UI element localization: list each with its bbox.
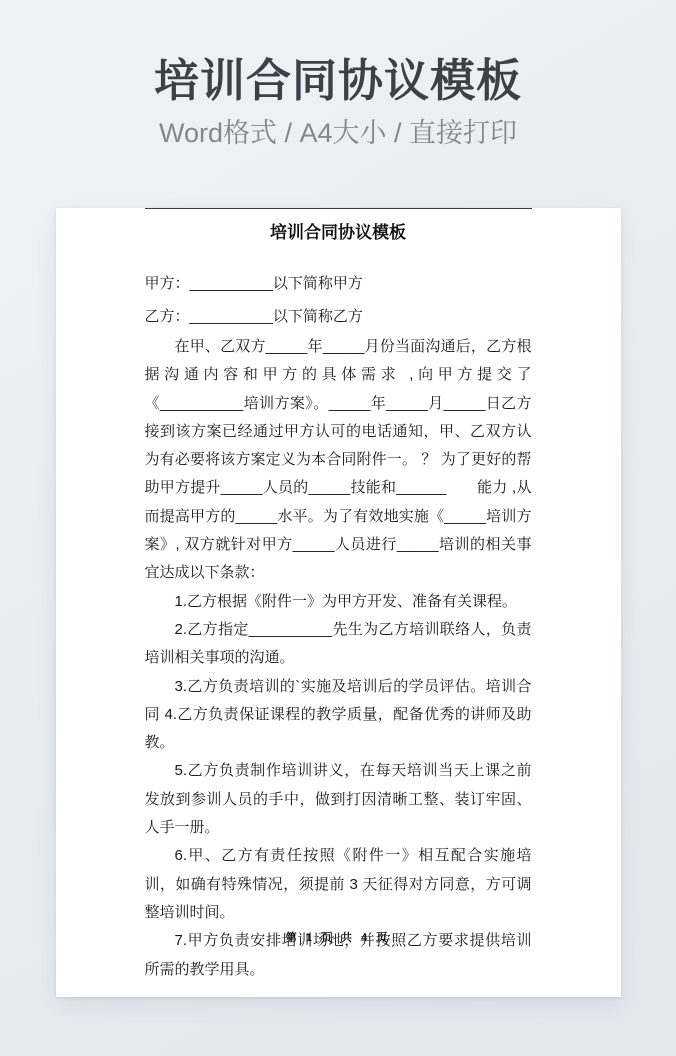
- contract-paragraph: 1.乙方根据《附件一》为甲方开发、准备有关课程。: [145, 588, 532, 616]
- contract-paragraph: 在甲、乙双方_____年_____月份当面沟通后，乙方根据沟通内容和甲方的具体需…: [145, 333, 532, 588]
- contract-paragraph: 2.乙方指定__________先生为乙方培训联络人，负责培训相关事项的沟通。: [145, 616, 532, 673]
- document-title: 培训合同协议模板: [145, 222, 532, 244]
- contract-body: 甲方：__________以下简称甲方乙方：__________以下简称乙方在甲…: [145, 267, 532, 984]
- banner-subtitle: Word格式 / A4大小 / 直接打印: [0, 117, 676, 149]
- contract-paragraph: 6.甲、乙方有责任按照《附件一》相互配合实施培训，如确有特殊情况，须提前 3 天…: [145, 842, 532, 927]
- header-divider-line: [145, 208, 532, 209]
- template-banner: 培训合同协议模板 Word格式 / A4大小 / 直接打印: [0, 0, 676, 149]
- page-number-footer: 第 1 页 共 4 页: [56, 931, 621, 946]
- party-line: 乙方：__________以下简称乙方: [145, 300, 532, 333]
- party-line: 甲方：__________以下简称甲方: [145, 267, 532, 300]
- contract-paragraph: 5.乙方负责制作培训讲义，在每天培训当天上课之前发放到参训人员的手中，做到打因清…: [145, 757, 532, 842]
- banner-title: 培训合同协议模板: [0, 54, 676, 108]
- document-page: 培训合同协议模板 甲方：__________以下简称甲方乙方：_________…: [56, 208, 621, 997]
- contract-paragraph: 3.乙方负责培训的`实施及培训后的学员评估。培训合同 4.乙方负责保证课程的教学…: [145, 673, 532, 758]
